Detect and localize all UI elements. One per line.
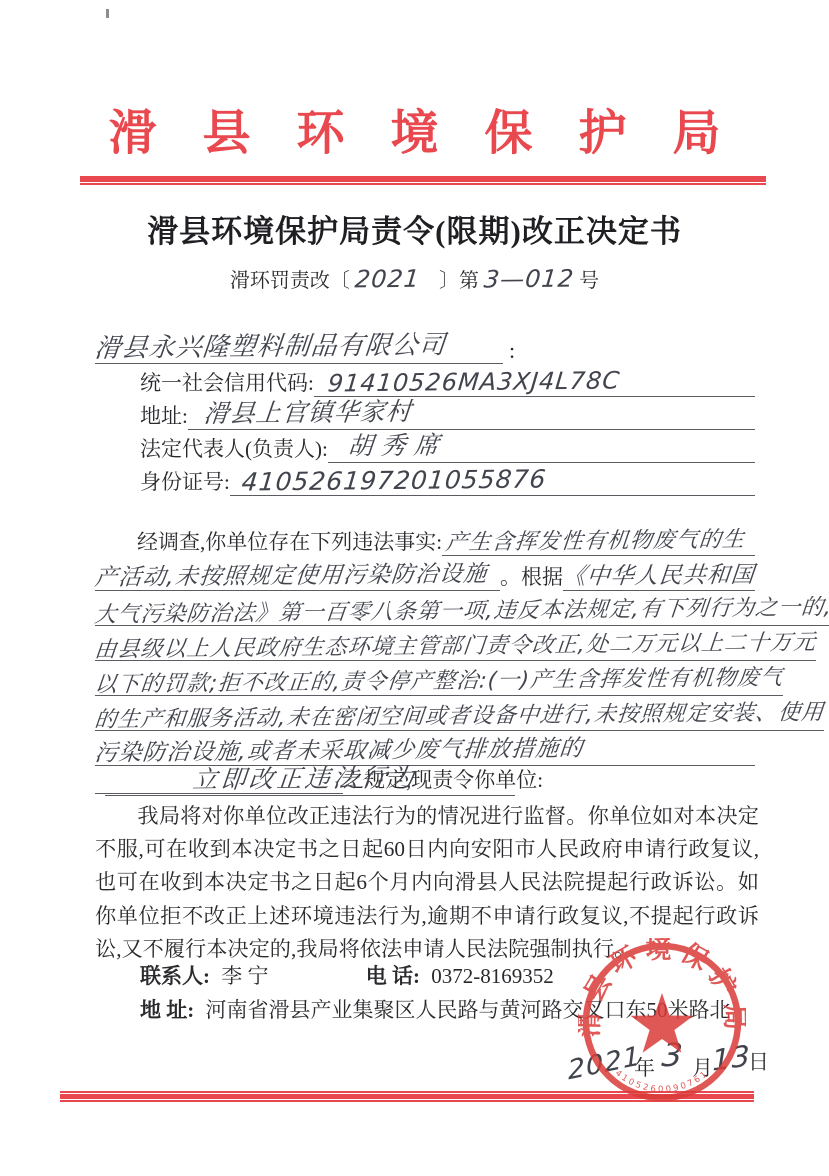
phone-label: 电 话:	[366, 964, 420, 988]
scan-artifact	[106, 9, 109, 18]
official-seal: 滑县环境保护局 4105260090761	[578, 938, 746, 1106]
basis-hw-3: 由县级以上人民政府生态环境主管部门责令改正,处二万元以上二十万元	[93, 625, 818, 664]
order-hw: 立即改正违法行为	[191, 758, 419, 796]
company-name-line: 滑县永兴隆塑料制品有限公司 :	[95, 330, 755, 364]
company-colon: :	[503, 338, 515, 364]
address-underline: 滑县上官镇华家村	[188, 393, 755, 430]
fact-hw-1: 产生含挥发性有机物废气的生	[444, 522, 746, 556]
basis-underline-1: 《中华人民共和国	[563, 557, 755, 591]
basis-line-5: 的生产和服务活动,未在密闭空间或者设备中进行,未按照规定安装、使用	[95, 697, 755, 731]
office-address-label: 地 址:	[140, 998, 194, 1022]
doc-title: 滑县环境保护局责令(限期)改正决定书	[0, 206, 829, 251]
fact-underline-2: 产活动,未按照规定使用污染防治设施	[95, 557, 500, 591]
basis-line-2: 大气污染防治法》第一百零八条第一项,违反本法规定,有下列行为之一的,	[95, 592, 755, 626]
basis-underline-2: 大气污染防治法》第一百零八条第一项,违反本法规定,有下列行为之一的,	[95, 594, 829, 626]
id-number-line: 身份证号: 410526197201055876	[140, 464, 755, 496]
legal-rep-value: 胡秀席	[346, 425, 449, 462]
basis-hw-1: 《中华人民共和国	[561, 556, 756, 591]
basis-line-3: 由县级以上人民政府生态环境主管部门责令改正,处二万元以上二十万元	[95, 627, 755, 661]
fact-intro: 经调查,你单位存在下列违法事实:	[95, 526, 442, 556]
legal-rep-label: 法定代表人(负责人):	[140, 433, 328, 463]
header-rule	[80, 176, 766, 185]
document-page: 滑县环境保护局 滑县环境保护局责令(限期)改正决定书 滑环罚责改〔 2021 〕…	[0, 0, 829, 1176]
contact-name: 李 宁	[221, 964, 268, 988]
fact-line-2: 产活动,未按照规定使用污染防治设施 。根据 《中华人民共和国	[95, 557, 755, 591]
basis-underline-5: 的生产和服务活动,未在密闭空间或者设备中进行,未按照规定安装、使用	[95, 699, 824, 731]
order-hw-line: 立即改正违法行为	[105, 763, 515, 796]
doc-number-suffix: 号	[579, 270, 599, 292]
doc-number-year: 2021	[354, 265, 436, 294]
fact-line-1: 经调查,你单位存在下列违法事实: 产生含挥发性有机物废气的生	[95, 522, 755, 556]
basis-hw-2: 大气污染防治法》第一百零八条第一项,违反本法规定,有下列行为之一的,	[93, 590, 829, 629]
contact-label: 联系人:	[140, 964, 210, 988]
legal-rep-line: 法定代表人(负责人): 胡秀席	[140, 431, 755, 463]
company-name-underline: 滑县永兴隆塑料制品有限公司	[95, 326, 503, 364]
phone-value: 0372-8169352	[431, 964, 554, 988]
fact-hw-2: 产活动,未按照规定使用污染防治设施	[93, 555, 489, 592]
basis-hw-4: 以下的罚款;拒不改正的,责令停产整治:(一)产生含挥发性有机物废气	[93, 660, 785, 698]
star-icon	[631, 993, 694, 1053]
legal-rep-underline: 胡秀席	[328, 426, 755, 463]
company-name: 滑县永兴隆塑料制品有限公司	[93, 324, 448, 365]
fact-underline-1: 产生含挥发性有机物废气的生	[442, 524, 755, 556]
contact-row: 联系人: 李 宁 电 话: 0372-8169352	[140, 960, 554, 990]
basis-hw-5: 的生产和服务活动,未在密闭空间或者设备中进行,未按照规定安装、使用	[93, 695, 826, 734]
address-label: 地址:	[140, 400, 188, 430]
basis-connector: 。根据	[500, 561, 563, 591]
id-number-label: 身份证号:	[140, 466, 230, 496]
basis-line-4: 以下的罚款;拒不改正的,责令停产整治:(一)产生含挥发性有机物废气	[95, 662, 755, 696]
bureau-name: 滑县环境保护局	[0, 94, 829, 163]
basis-underline-4: 以下的罚款;拒不改正的,责令停产整治:(一)产生含挥发性有机物废气	[95, 664, 783, 696]
doc-number-mid: 〕第	[439, 270, 479, 292]
order-underline: 立即改正违法行为	[105, 759, 515, 796]
address-value: 滑县上官镇华家村	[202, 392, 414, 430]
id-number-underline: 410526197201055876	[230, 466, 755, 496]
date-day-unit: 日	[748, 1046, 769, 1076]
id-number-value: 410526197201055876	[240, 464, 547, 496]
doc-number-serial: 3—012	[483, 265, 576, 294]
doc-number-prefix: 滑环罚责改〔	[230, 270, 350, 292]
doc-number: 滑环罚责改〔 2021 〕第 3—012 号	[0, 264, 829, 293]
basis-underline-3: 由县级以上人民政府生态环境主管部门责令改正,处二万元以上二十万元	[95, 629, 816, 661]
